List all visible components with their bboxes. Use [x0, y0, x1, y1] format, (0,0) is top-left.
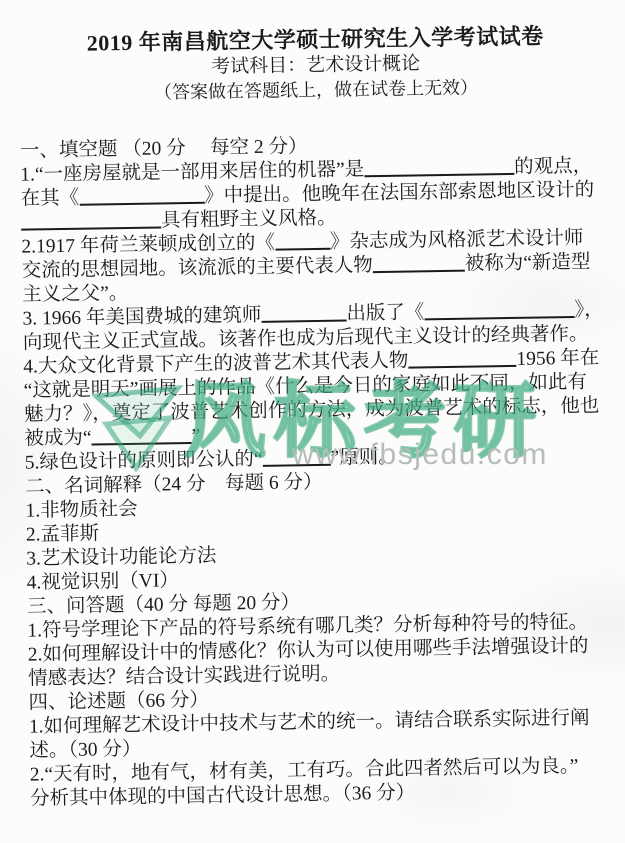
text-run: 4.视觉识别（VI）	[27, 570, 180, 593]
text-run: ”原则。	[330, 447, 397, 469]
text-run: 三、问答题（40 分 每题 20 分）	[27, 592, 300, 617]
text-run: 情感表达？结合设计实践进行说明。	[28, 664, 340, 690]
text-run: 3.艺术设计功能论方法	[26, 546, 216, 570]
text-run: 被称为“新造型	[465, 252, 591, 275]
blank-underline	[275, 246, 330, 251]
text-run: 四、论述题（66 分）	[28, 690, 209, 714]
blank-underline	[373, 268, 465, 273]
blank-underline	[92, 440, 192, 446]
text-run: 出版了《	[346, 302, 424, 324]
blank-underline	[79, 200, 204, 206]
blank-underline	[261, 318, 346, 323]
text-run: 3. 1966 年美国费城的建筑师	[22, 305, 261, 330]
blank-underline	[263, 462, 331, 467]
exam-content: 2019 年南昌航空大学硕士研究生入学考试试卷 考试科目：艺术设计概论 （答案做…	[18, 21, 624, 811]
text-run: 一、填空题 （20 分 每空 2 分）	[20, 136, 308, 162]
text-run: 分析其中体现的中国古代设计思想。（36 分）	[30, 783, 415, 810]
exam-paper-page: 2019 年南昌航空大学硕士研究生入学考试试卷 考试科目：艺术设计概论 （答案做…	[0, 0, 625, 843]
text-run: 2.1917 年荷兰莱顿成创立的《	[21, 233, 275, 258]
text-run: 在其《	[21, 188, 80, 210]
blank-underline	[21, 224, 161, 230]
text-run: 被成为“	[24, 428, 91, 450]
text-run: 具有粗野主义风格。	[161, 208, 337, 232]
blank-underline	[408, 363, 516, 369]
text-run: 主义之父”。	[22, 283, 128, 306]
blank-underline	[364, 171, 514, 177]
text-run: 》杂志成为风格派艺术设计师	[330, 228, 584, 253]
text-run: 2.孟菲斯	[26, 523, 99, 545]
text-run: 》中提出。他晚年在法国东部索恩地区设计的	[204, 180, 594, 207]
text-run: 交流的思想园地。该流派的主要代表人物	[22, 255, 373, 282]
blank-underline	[424, 314, 574, 320]
text-run: 1.非物质社会	[25, 499, 137, 522]
text-run: 1.“一座房屋就是一部用来居住的机器”是	[20, 159, 364, 185]
text-run: 二、名词解释（24 分 每题 6 分）	[25, 472, 323, 498]
text-run: 1956 年在	[516, 348, 599, 370]
text-run: 5.绿色设计的原则即公认的“	[25, 449, 263, 474]
text-run: 述。（30 分）	[29, 739, 141, 762]
text-run: 的观点，	[514, 156, 592, 178]
text-run: ”	[191, 426, 200, 447]
text-run: 》，	[574, 300, 604, 321]
exam-body: 一、填空题 （20 分 每空 2 分）1.“一座房屋就是一部用来居住的机器”是的…	[20, 130, 624, 811]
